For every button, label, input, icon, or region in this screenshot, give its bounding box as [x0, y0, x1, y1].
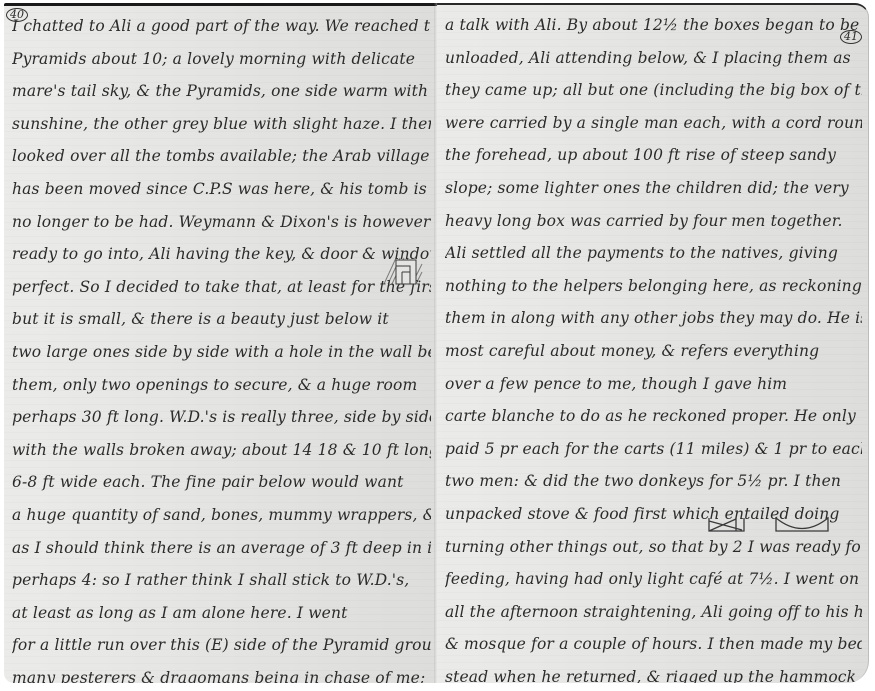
text-line: has been moved since C.P.S was here, & h…	[12, 173, 431, 206]
text-line: for a little run over this (E) side of t…	[12, 629, 431, 662]
text-line: 6-8 ft wide each. The fine pair below wo…	[12, 466, 431, 499]
text-line: perfect. So I decided to take that, at l…	[12, 271, 431, 304]
text-line: all the afternoon straightening, Ali goi…	[445, 596, 862, 629]
right-page-text: a talk with Ali. By about 12½ the boxes …	[445, 9, 862, 683]
text-line: but it is small, & there is a beauty jus…	[12, 303, 431, 336]
text-line: mare's tail sky, & the Pyramids, one sid…	[12, 75, 431, 108]
page-number-left: 40	[6, 8, 28, 22]
left-page-text: I chatted to Ali a good part of the way.…	[12, 10, 431, 683]
page-number-right: 41	[840, 30, 862, 44]
text-line: them, only two openings to secure, & a h…	[12, 369, 431, 402]
text-line: nothing to the helpers belonging here, a…	[445, 270, 862, 303]
text-line: feeding, having had only light café at 7…	[445, 563, 862, 596]
text-line: stead when he returned, & rigged up the …	[445, 661, 862, 683]
text-line: unloaded, Ali attending below, & I placi…	[445, 42, 862, 75]
text-line: no longer to be had. Weymann & Dixon's i…	[12, 206, 431, 239]
text-line: they came up; all but one (including the…	[445, 74, 862, 107]
text-line: many pesterers & dragomans being in chas…	[12, 662, 431, 683]
text-line: Pyramids about 10; a lovely morning with…	[12, 43, 431, 76]
text-line: at least as long as I am alone here. I w…	[12, 597, 431, 630]
text-line: turning other things out, so that by 2 I…	[445, 531, 862, 564]
text-line: a talk with Ali. By about 12½ the boxes …	[445, 9, 862, 42]
text-line: heavy long box was carried by four men t…	[445, 205, 862, 238]
text-line: slope; some lighter ones the children di…	[445, 172, 862, 205]
text-line: Ali settled all the payments to the nati…	[445, 237, 862, 270]
left-page: 40 I chatted to Ali a good part of the w…	[4, 3, 437, 683]
text-line: I chatted to Ali a good part of the way.…	[12, 10, 431, 43]
text-line: ready to go into, Ali having the key, & …	[12, 238, 431, 271]
tomb-plan-sketch-icon	[382, 256, 424, 286]
text-line: them in along with any other jobs they m…	[445, 302, 862, 335]
hammock-sketch-icon	[773, 515, 831, 533]
text-line: over a few pence to me, though I gave hi…	[445, 368, 862, 401]
text-line: as I should think there is an average of…	[12, 532, 431, 565]
text-line: two large ones side by side with a hole …	[12, 336, 431, 369]
text-line: looked over all the tombs available; the…	[12, 140, 431, 173]
text-line: with the walls broken away; about 14 18 …	[12, 434, 431, 467]
text-line: sunshine, the other grey blue with sligh…	[12, 108, 431, 141]
text-line: were carried by a single man each, with …	[445, 107, 862, 140]
bed-frame-sketch-icon	[706, 515, 748, 533]
text-line: perhaps 4: so I rather think I shall sti…	[12, 564, 431, 597]
text-line: most careful about money, & refers every…	[445, 335, 862, 368]
text-line: the forehead, up about 100 ft rise of st…	[445, 139, 862, 172]
journal-spread: 40 I chatted to Ali a good part of the w…	[0, 0, 875, 691]
text-line: a huge quantity of sand, bones, mummy wr…	[12, 499, 431, 532]
text-line: carte blanche to do as he reckoned prope…	[445, 400, 862, 433]
text-line: two men: & did the two donkeys for 5½ pr…	[445, 465, 862, 498]
text-line: perhaps 30 ft long. W.D.'s is really thr…	[12, 401, 431, 434]
text-line: & mosque for a couple of hours. I then m…	[445, 628, 862, 661]
text-line: paid 5 pr each for the carts (11 miles) …	[445, 433, 862, 466]
right-page: 41 a talk with Ali. By about 12½ the box…	[437, 3, 869, 683]
